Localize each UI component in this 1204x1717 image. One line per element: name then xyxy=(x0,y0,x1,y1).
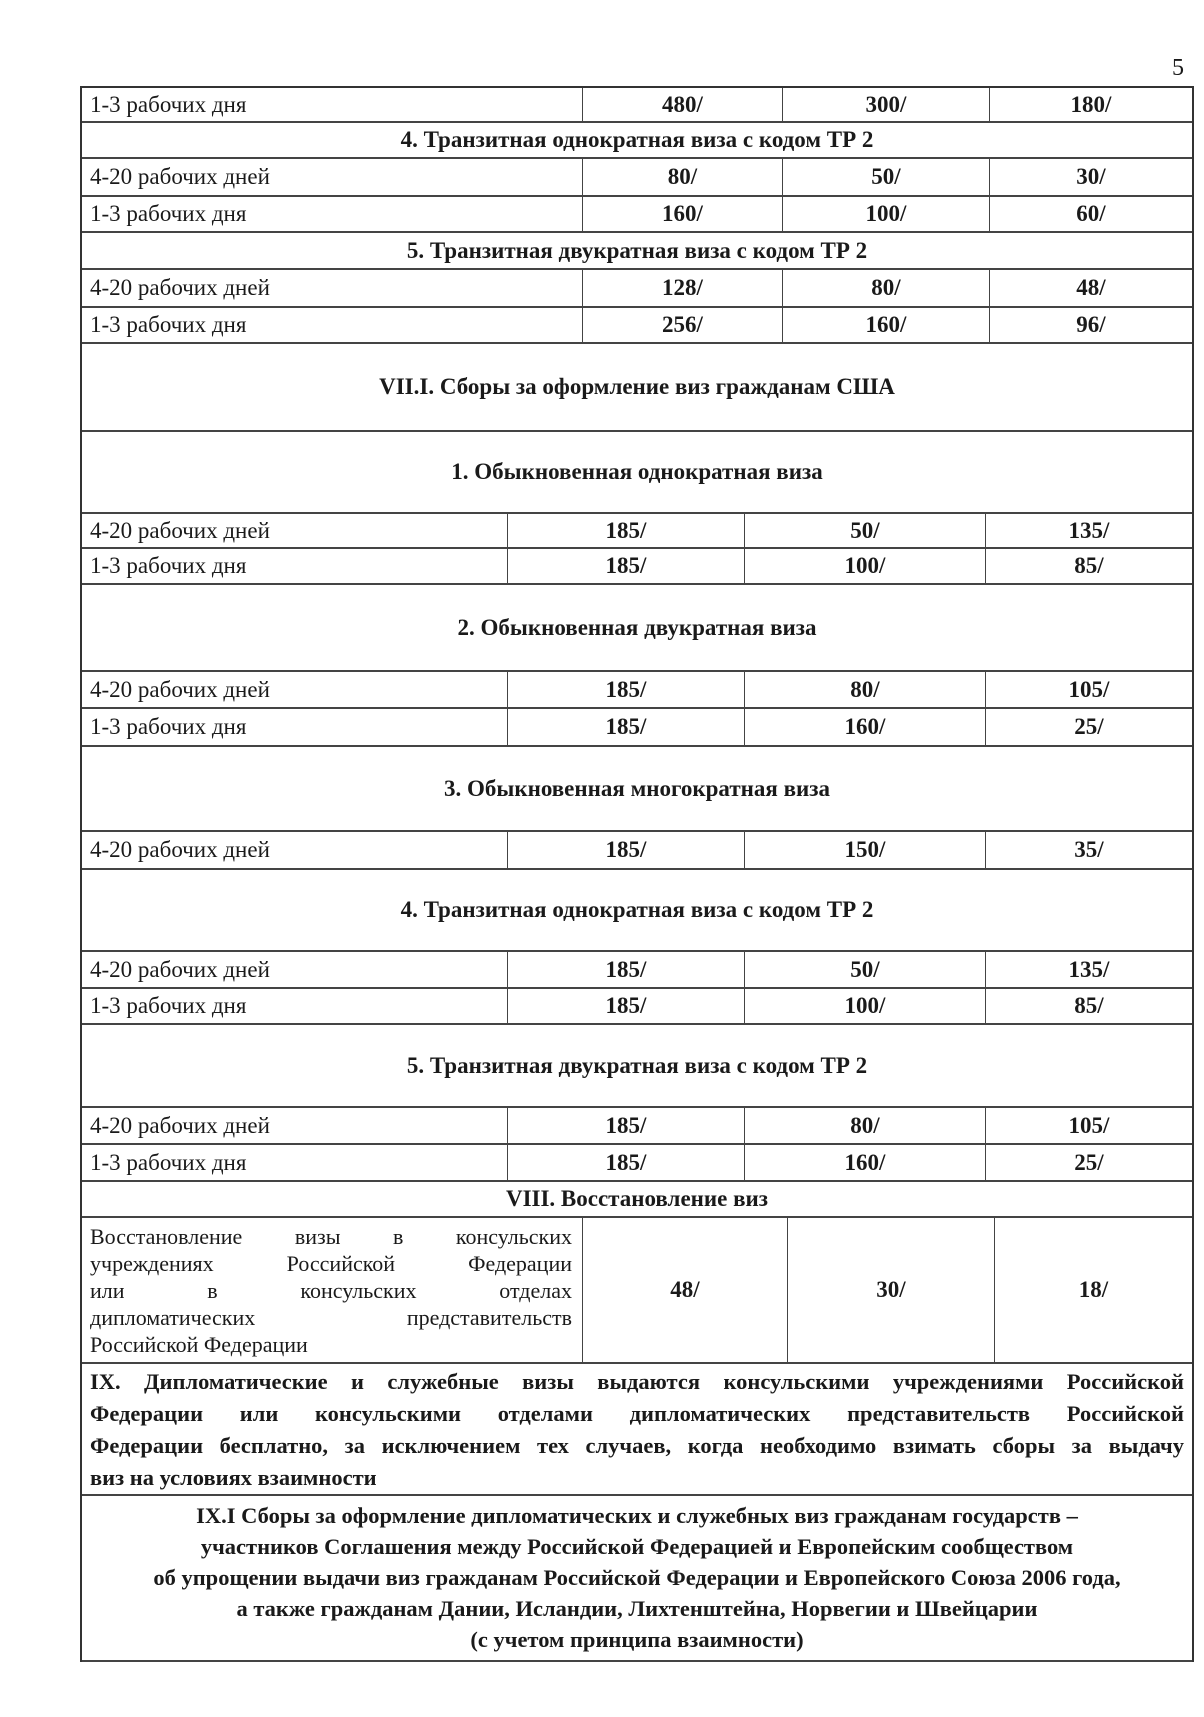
fee-value: 25/ xyxy=(985,709,1192,745)
table-row: 1-3 рабочих дня 160/ 100/ 60/ xyxy=(82,197,1192,233)
fee-value: 185/ xyxy=(507,832,744,868)
text-line: IX. Дипломатические и служебные визы выд… xyxy=(90,1366,1184,1398)
fee-value: 80/ xyxy=(744,672,985,707)
row-label: 4-20 рабочих дней xyxy=(82,514,507,547)
fee-value: 256/ xyxy=(582,308,782,342)
fee-value: 80/ xyxy=(582,159,782,195)
fee-value: 480/ xyxy=(582,88,782,121)
row-label: 4-20 рабочих дней xyxy=(82,832,507,868)
section-ix-i: IX.I Сборы за оформление дипломатических… xyxy=(82,1496,1192,1662)
fee-value: 85/ xyxy=(985,549,1192,583)
table-row: 4-20 рабочих дней 185/ 80/ 105/ xyxy=(82,1108,1192,1145)
row-label: 1-3 рабочих дня xyxy=(82,88,582,121)
table-row: 1-3 рабочих дня 185/ 100/ 85/ xyxy=(82,989,1192,1025)
fee-value: 100/ xyxy=(744,549,985,583)
fee-value: 18/ xyxy=(994,1218,1192,1362)
fee-value: 105/ xyxy=(985,672,1192,707)
label-line: Российской Федерации xyxy=(90,1331,572,1358)
table-row: 1-3 рабочих дня 185/ 160/ 25/ xyxy=(82,1145,1192,1182)
fee-value: 185/ xyxy=(507,989,744,1023)
row-label-restoration: Восстановление визы в консульских учрежд… xyxy=(82,1218,582,1362)
fee-value: 135/ xyxy=(985,952,1192,987)
fee-value: 105/ xyxy=(985,1108,1192,1143)
fee-value: 180/ xyxy=(989,88,1192,121)
fee-value: 160/ xyxy=(744,1145,985,1180)
fee-value: 300/ xyxy=(782,88,989,121)
fee-value: 100/ xyxy=(782,197,989,231)
row-label: 1-3 рабочих дня xyxy=(82,197,582,231)
table-row: 1-3 рабочих дня 256/ 160/ 96/ xyxy=(82,308,1192,344)
fee-value: 35/ xyxy=(985,832,1192,868)
row-label: 4-20 рабочих дней xyxy=(82,952,507,987)
fee-value: 80/ xyxy=(744,1108,985,1143)
group-title: 2. Обыкновенная двукратная виза xyxy=(82,585,1192,672)
label-line: или в консульских отделах xyxy=(90,1277,572,1304)
text-line: а также гражданам Дании, Исландии, Лихте… xyxy=(86,1593,1188,1624)
table-row: 4-20 рабочих дней 185/ 50/ 135/ xyxy=(82,514,1192,549)
fee-value: 185/ xyxy=(507,709,744,745)
text-line: (с учетом принципа взаимности) xyxy=(86,1624,1188,1655)
row-label: 4-20 рабочих дней xyxy=(82,159,582,195)
fee-value: 135/ xyxy=(985,514,1192,547)
fee-value: 185/ xyxy=(507,672,744,707)
row-label: 4-20 рабочих дней xyxy=(82,270,582,306)
fee-value: 50/ xyxy=(744,514,985,547)
fee-value: 160/ xyxy=(744,709,985,745)
row-label: 4-20 рабочих дней xyxy=(82,672,507,707)
fee-value: 30/ xyxy=(989,159,1192,195)
table-row: 4-20 рабочих дней 128/ 80/ 48/ xyxy=(82,270,1192,308)
row-label: 1-3 рабочих дня xyxy=(82,1145,507,1180)
table-row: 1-3 рабочих дня 185/ 160/ 25/ xyxy=(82,709,1192,747)
fee-value: 48/ xyxy=(989,270,1192,306)
fee-value: 80/ xyxy=(782,270,989,306)
group-title: 4. Транзитная однократная виза с кодом Т… xyxy=(82,123,1192,159)
group-title: 1. Обыкновенная однократная виза xyxy=(82,432,1192,514)
fee-value: 185/ xyxy=(507,1145,744,1180)
page-number: 5 xyxy=(1172,55,1184,82)
section-ix-text: IX. Дипломатические и служебные визы выд… xyxy=(82,1364,1192,1494)
fee-value: 85/ xyxy=(985,989,1192,1023)
fee-value: 128/ xyxy=(582,270,782,306)
fee-value: 185/ xyxy=(507,1108,744,1143)
fee-value: 100/ xyxy=(744,989,985,1023)
row-label: 1-3 рабочих дня xyxy=(82,709,507,745)
section-ix-i-text: IX.I Сборы за оформление дипломатических… xyxy=(82,1496,1192,1657)
label-line: дипломатических представительств xyxy=(90,1304,572,1331)
label-line: Восстановление визы в консульских xyxy=(90,1223,572,1250)
table-row: Восстановление визы в консульских учрежд… xyxy=(82,1218,1192,1364)
section-title-usa: VII.I. Сборы за оформление виз гражданам… xyxy=(82,344,1192,432)
fee-value: 185/ xyxy=(507,514,744,547)
fee-value: 150/ xyxy=(744,832,985,868)
table-row: 4-20 рабочих дней 80/ 50/ 30/ xyxy=(82,159,1192,197)
text-line: участников Соглашения между Российской Ф… xyxy=(86,1531,1188,1562)
fee-table-top: 1-3 рабочих дня 480/ 300/ 180/ 4. Транзи… xyxy=(80,86,1194,1662)
row-label: 1-3 рабочих дня xyxy=(82,308,582,342)
fee-value: 160/ xyxy=(582,197,782,231)
text-line: об упрощении выдачи виз гражданам Россий… xyxy=(86,1562,1188,1593)
group-title: 5. Транзитная двукратная виза с кодом ТР… xyxy=(82,233,1192,270)
fee-value: 50/ xyxy=(782,159,989,195)
fee-value: 48/ xyxy=(582,1218,787,1362)
fee-value: 50/ xyxy=(744,952,985,987)
table-row: 4-20 рабочих дней 185/ 50/ 135/ xyxy=(82,952,1192,989)
row-label: 1-3 рабочих дня xyxy=(82,989,507,1023)
text-line: Федерации или консульскими отделами дипл… xyxy=(90,1398,1184,1430)
fee-value: 30/ xyxy=(787,1218,994,1362)
table-row: 4-20 рабочих дней 185/ 150/ 35/ xyxy=(82,832,1192,870)
group-title: 3. Обыкновенная многократная виза xyxy=(82,747,1192,832)
fee-value: 60/ xyxy=(989,197,1192,231)
group-title: 5. Транзитная двукратная виза с кодом ТР… xyxy=(82,1025,1192,1108)
fee-value: 96/ xyxy=(989,308,1192,342)
fee-value: 25/ xyxy=(985,1145,1192,1180)
table-row: 4-20 рабочих дней 185/ 80/ 105/ xyxy=(82,672,1192,709)
label-line: учреждениях Российской Федерации xyxy=(90,1250,572,1277)
text-line: Федерации бесплатно, за исключением тех … xyxy=(90,1430,1184,1462)
table-row: 1-3 рабочих дня 185/ 100/ 85/ xyxy=(82,549,1192,585)
fee-value: 160/ xyxy=(782,308,989,342)
text-line: виз на условиях взаимности xyxy=(90,1462,1184,1494)
text-line: IX.I Сборы за оформление дипломатических… xyxy=(86,1500,1188,1531)
group-title: 4. Транзитная однократная виза с кодом Т… xyxy=(82,870,1192,952)
section-ix: IX. Дипломатические и служебные визы выд… xyxy=(82,1364,1192,1496)
section-title-viii: VIII. Восстановление виз xyxy=(82,1182,1192,1218)
row-label: 1-3 рабочих дня xyxy=(82,549,507,583)
fee-value: 185/ xyxy=(507,549,744,583)
fee-value: 185/ xyxy=(507,952,744,987)
table-row: 1-3 рабочих дня 480/ 300/ 180/ xyxy=(82,88,1192,123)
row-label: 4-20 рабочих дней xyxy=(82,1108,507,1143)
